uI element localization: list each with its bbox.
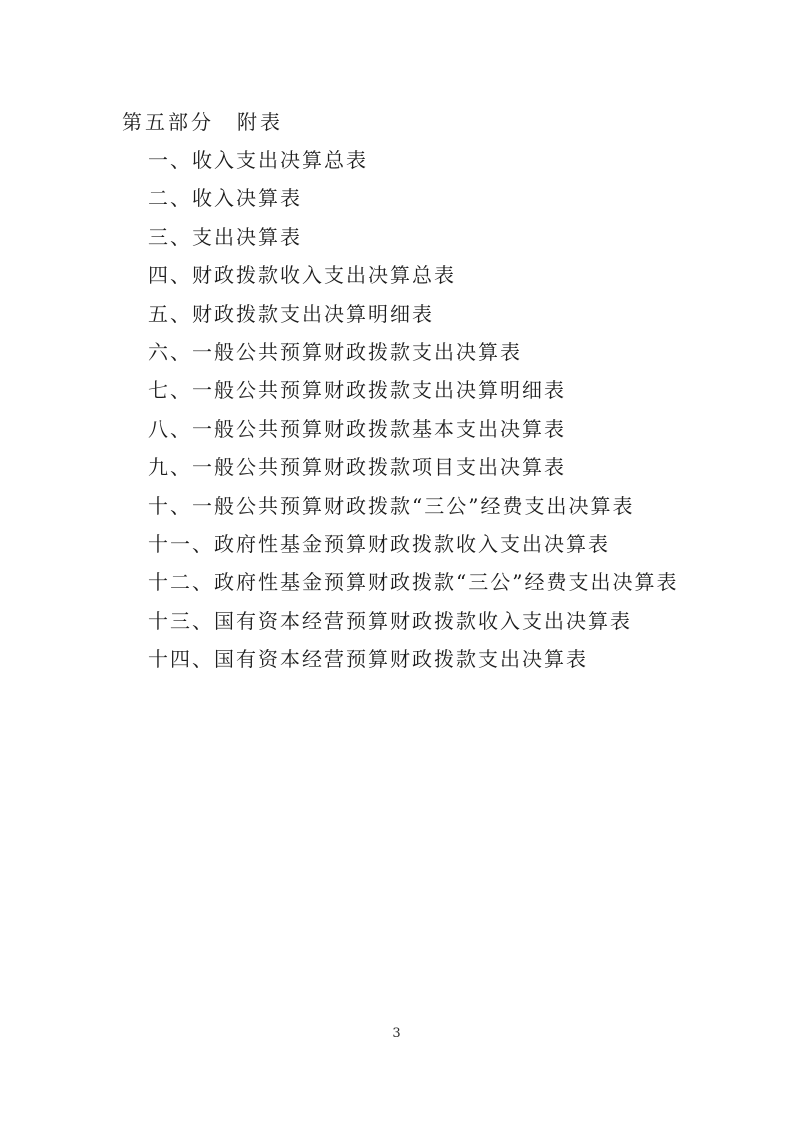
list-item: 六、一般公共预算财政拨款支出决算表 <box>148 333 753 371</box>
list-item: 三、支出决算表 <box>148 218 753 256</box>
list-item: 十三、国有资本经营预算财政拨款收入支出决算表 <box>148 602 753 640</box>
section-heading: 第五部分 附表 <box>122 106 283 135</box>
list-item: 十、一般公共预算财政拨款“三公”经费支出决算表 <box>148 487 753 525</box>
list-item: 十四、国有资本经营预算财政拨款支出决算表 <box>148 640 753 678</box>
list-item: 八、一般公共预算财政拨款基本支出决算表 <box>148 410 753 448</box>
list-item: 十二、政府性基金预算财政拨款“三公”经费支出决算表 <box>148 563 753 601</box>
document-page: 第五部分 附表 一、收入支出决算总表二、收入决算表三、支出决算表四、财政拨款收入… <box>0 0 793 1122</box>
list-item: 九、一般公共预算财政拨款项目支出决算表 <box>148 448 753 486</box>
list-item: 一、收入支出决算总表 <box>148 141 753 179</box>
toc-list: 一、收入支出决算总表二、收入决算表三、支出决算表四、财政拨款收入支出决算总表五、… <box>148 141 753 678</box>
list-item: 二、收入决算表 <box>148 179 753 217</box>
list-item: 五、财政拨款支出决算明细表 <box>148 295 753 333</box>
list-item: 七、一般公共预算财政拨款支出决算明细表 <box>148 371 753 409</box>
list-item: 四、财政拨款收入支出决算总表 <box>148 256 753 294</box>
page-number: 3 <box>0 1026 793 1041</box>
list-item: 十一、政府性基金预算财政拨款收入支出决算表 <box>148 525 753 563</box>
